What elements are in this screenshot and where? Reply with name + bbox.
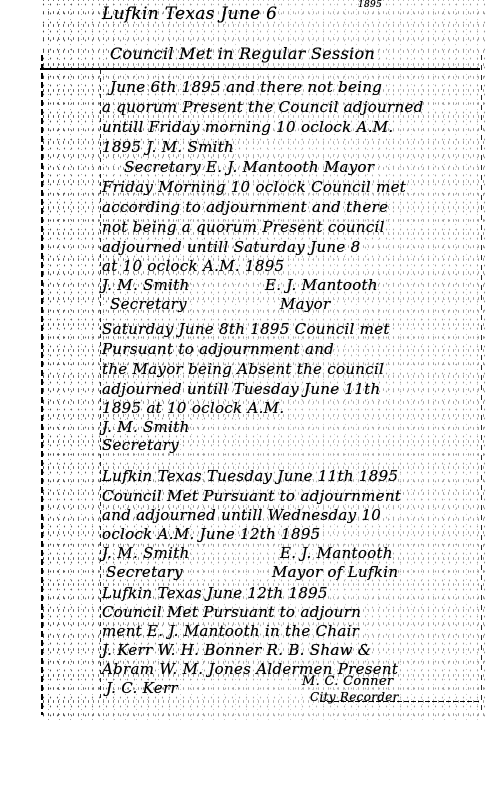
entry-line: Secretary E. J. Mantooth Mayor <box>124 158 374 176</box>
entry-line: adjourned untill Saturday June 8 <box>102 238 360 256</box>
signature-mayor-name: E. J. Mantooth <box>265 276 378 294</box>
entry-line: and adjourned untill Wednesday 10 <box>102 506 381 524</box>
ledger-margin-line <box>100 70 101 700</box>
entry-line: adjourned untill Tuesday June 11th <box>102 380 380 398</box>
entry-line: J. Kerr W. H. Bonner R. B. Shaw & <box>102 641 371 659</box>
signature-secretary-title: Secretary <box>106 563 183 581</box>
entry-line: Lufkin Texas June 12th 1895 <box>102 584 328 602</box>
entry-line: Saturday June 8th 1895 Council met <box>102 320 390 338</box>
entry-line: Friday Morning 10 oclock Council met <box>102 178 406 196</box>
entry-line: Council Met Pursuant to adjournment <box>102 487 401 505</box>
header-year-note: 1895 <box>358 0 382 10</box>
signature-secretary-name: J. M. Smith <box>102 418 190 436</box>
entry-line: Lufkin Texas Tuesday June 11th 1895 <box>102 467 398 485</box>
page-edge-right <box>481 55 482 715</box>
scanned-page: Lufkin Texas June 6 1895 Council Met in … <box>40 0 486 720</box>
entry-line: oclock A.M. June 12th 1895 <box>102 525 321 543</box>
signature-secretary-name: J. M. Smith <box>102 276 190 294</box>
entry-line: a quorum Present the Council adjourned <box>102 98 424 116</box>
signature-secretary-title: Secretary <box>102 436 179 454</box>
signature-secretary-name: J. M. Smith <box>102 544 190 562</box>
entry-line: June 6th 1895 and there not being <box>110 78 382 96</box>
entry-line: Council Met Pursuant to adjourn <box>102 603 361 621</box>
signature-alderman: J. C. Kerr <box>106 679 178 697</box>
entry-line: 1895 J. M. Smith <box>102 138 234 156</box>
header-subtitle: Council Met in Regular Session <box>110 44 375 63</box>
signature-mayor-name: E. J. Mantooth <box>280 544 393 562</box>
entry-line: the Mayor being Absent the council <box>102 360 384 378</box>
header-rule <box>40 68 480 70</box>
entry-line: 1895 at 10 oclock A.M. <box>102 399 284 417</box>
entry-line: according to adjournment and there <box>102 198 388 216</box>
signature-mayor-title: Mayor of Lufkin <box>272 563 398 581</box>
signature-secretary-title: Secretary <box>110 295 187 313</box>
page-edge-left <box>41 55 43 715</box>
signature-mayor-title: Mayor <box>280 295 330 313</box>
entry-line: at 10 oclock A.M. 1895 <box>102 257 284 275</box>
entry-line: Pursuant to adjournment and <box>102 340 334 358</box>
entry-line: not being a quorum Present council <box>102 218 385 236</box>
entry-line: untill Friday morning 10 oclock A.M. <box>102 118 394 136</box>
signature-recorder-name: M. C. Conner <box>302 674 393 689</box>
signature-recorder-title: City Recorder <box>310 690 399 704</box>
entry-line: ment E. J. Mantooth in the Chair <box>102 622 359 640</box>
header-place-date: Lufkin Texas June 6 <box>102 4 277 24</box>
